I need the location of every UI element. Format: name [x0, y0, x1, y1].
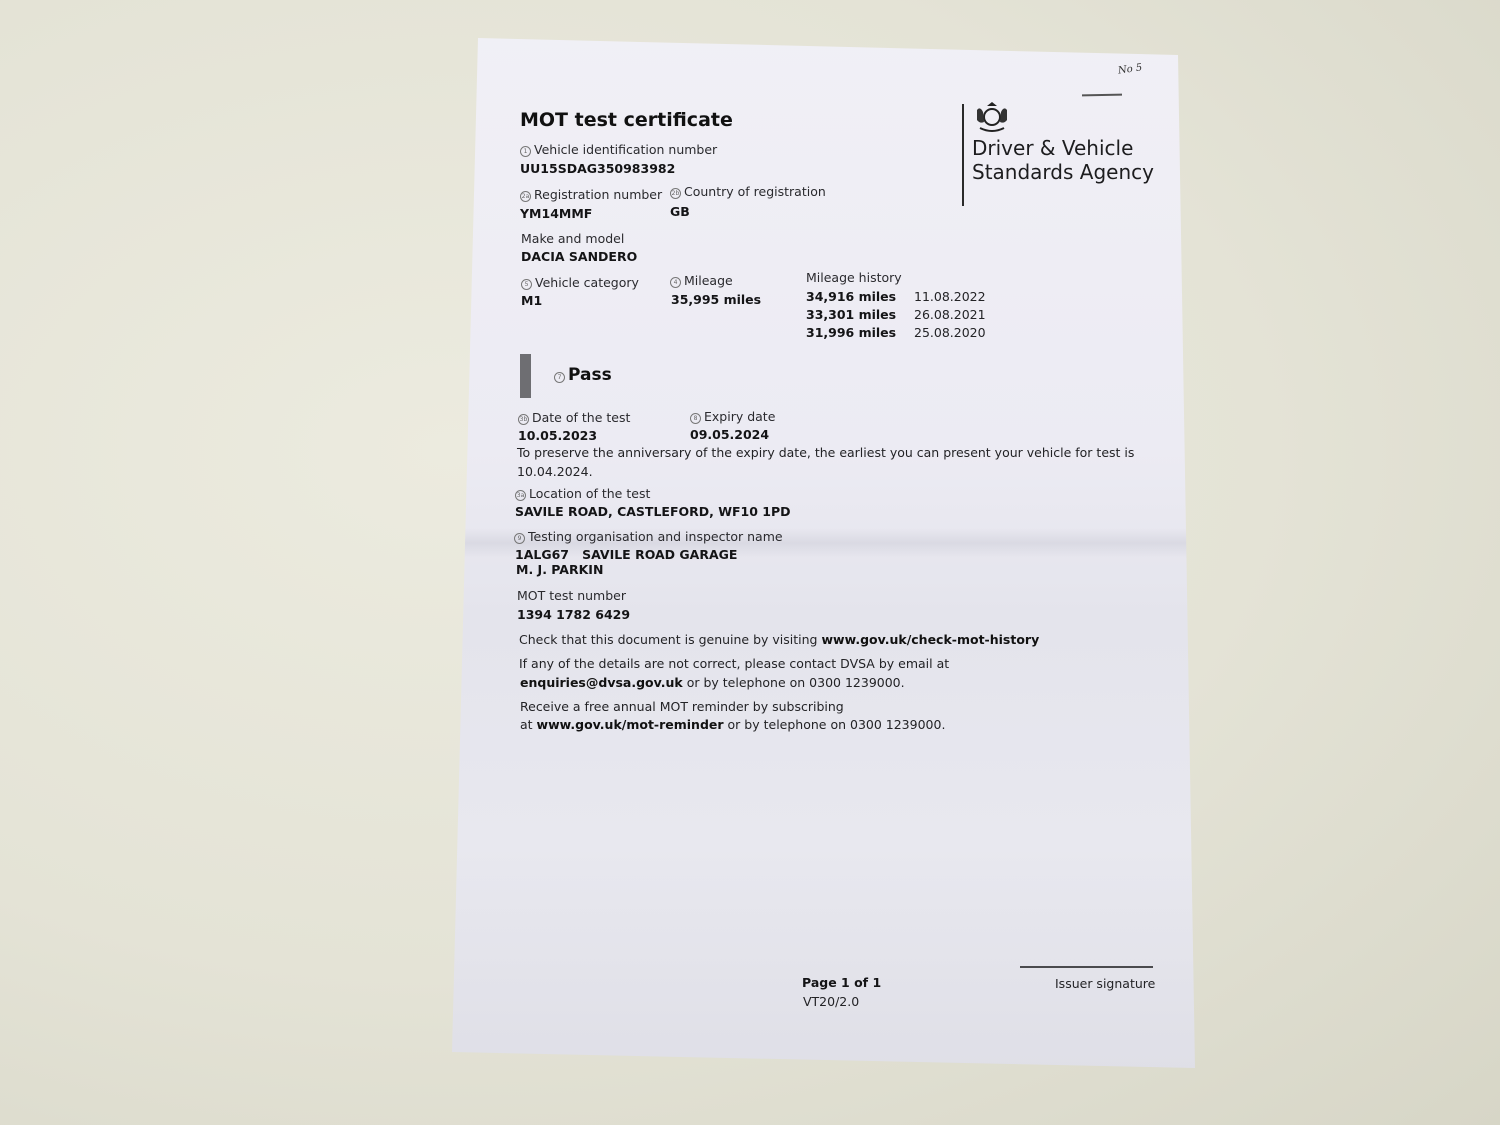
test-result: 7Pass	[554, 365, 612, 385]
contact-details: enquiries@dvsa.gov.uk or by telephone on…	[520, 675, 905, 690]
contact-text: If any of the details are not correct, p…	[519, 656, 949, 671]
mileage-history-row: 33,301 miles26.08.2021	[806, 307, 986, 322]
agency-name: Driver & Vehicle Standards Agency	[972, 136, 1172, 184]
mot-reminder-link[interactable]: www.gov.uk/mot-reminder	[537, 717, 724, 732]
mileage-label: 4Mileage	[670, 273, 733, 288]
registration-label: 2aRegistration number	[520, 187, 662, 202]
category-value: M1	[521, 293, 542, 308]
anniversary-date: 10.04.2024.	[517, 464, 593, 479]
signature-line	[1020, 966, 1153, 968]
certificate-paper	[0, 0, 1500, 1125]
issuer-signature-label: Issuer signature	[1055, 976, 1155, 991]
test-date-value: 10.05.2023	[518, 428, 597, 443]
expiry-date-value: 09.05.2024	[690, 427, 769, 442]
field-marker: 3b	[518, 414, 529, 425]
result-indicator-bar	[520, 354, 531, 398]
mileage-history-list: 34,916 miles11.08.2022 33,301 miles26.08…	[806, 289, 986, 340]
field-marker: 2b	[670, 188, 681, 199]
test-number-label: MOT test number	[517, 588, 626, 603]
category-label: 5Vehicle category	[521, 275, 639, 290]
field-marker: 9	[514, 533, 525, 544]
mileage-value: 35,995 miles	[671, 292, 761, 307]
location-value: SAVILE ROAD, CASTLEFORD, WF10 1PD	[515, 504, 791, 519]
check-mot-history-link[interactable]: www.gov.uk/check-mot-history	[821, 632, 1039, 647]
testing-org-value: 1ALG67 SAVILE ROAD GARAGE	[515, 547, 737, 562]
test-number-value: 1394 1782 6429	[517, 607, 630, 622]
make-model-value: DACIA SANDERO	[521, 249, 637, 264]
contact-email-link[interactable]: enquiries@dvsa.gov.uk	[520, 675, 683, 690]
mileage-history-label: Mileage history	[806, 270, 902, 285]
testing-org-label: 9Testing organisation and inspector name	[514, 529, 783, 544]
location-label: 3aLocation of the test	[515, 486, 650, 501]
mileage-history-row: 34,916 miles11.08.2022	[806, 289, 986, 304]
royal-coat-of-arms-icon	[972, 100, 1012, 136]
vin-value: UU15SDAG350983982	[520, 161, 675, 176]
form-code: VT20/2.0	[803, 994, 859, 1009]
document-title: MOT test certificate	[520, 109, 733, 131]
vin-label: 1Vehicle identification number	[520, 142, 717, 157]
field-marker: 1	[520, 146, 531, 157]
expiry-date-label: 8Expiry date	[690, 409, 775, 424]
test-date-label: 3bDate of the test	[518, 410, 630, 425]
agency-divider	[962, 104, 964, 206]
page-number: Page 1 of 1	[802, 975, 881, 990]
anniversary-note: To preserve the anniversary of the expir…	[517, 445, 1134, 460]
registration-value: YM14MMF	[520, 206, 592, 221]
field-marker: 4	[670, 277, 681, 288]
inspector-name: M. J. PARKIN	[516, 562, 603, 577]
reminder-details: at www.gov.uk/mot-reminder or by telepho…	[520, 717, 945, 732]
field-marker: 3a	[515, 490, 526, 501]
field-marker: 7	[554, 372, 565, 383]
reminder-text: Receive a free annual MOT reminder by su…	[520, 699, 844, 714]
field-marker: 5	[521, 279, 532, 290]
country-value: GB	[670, 204, 690, 219]
make-model-label: Make and model	[521, 231, 624, 246]
field-marker: 2a	[520, 191, 531, 202]
country-label: 2bCountry of registration	[670, 184, 826, 199]
genuine-check-text: Check that this document is genuine by v…	[519, 632, 1039, 647]
mileage-history-row: 31,996 miles25.08.2020	[806, 325, 986, 340]
field-marker: 8	[690, 413, 701, 424]
